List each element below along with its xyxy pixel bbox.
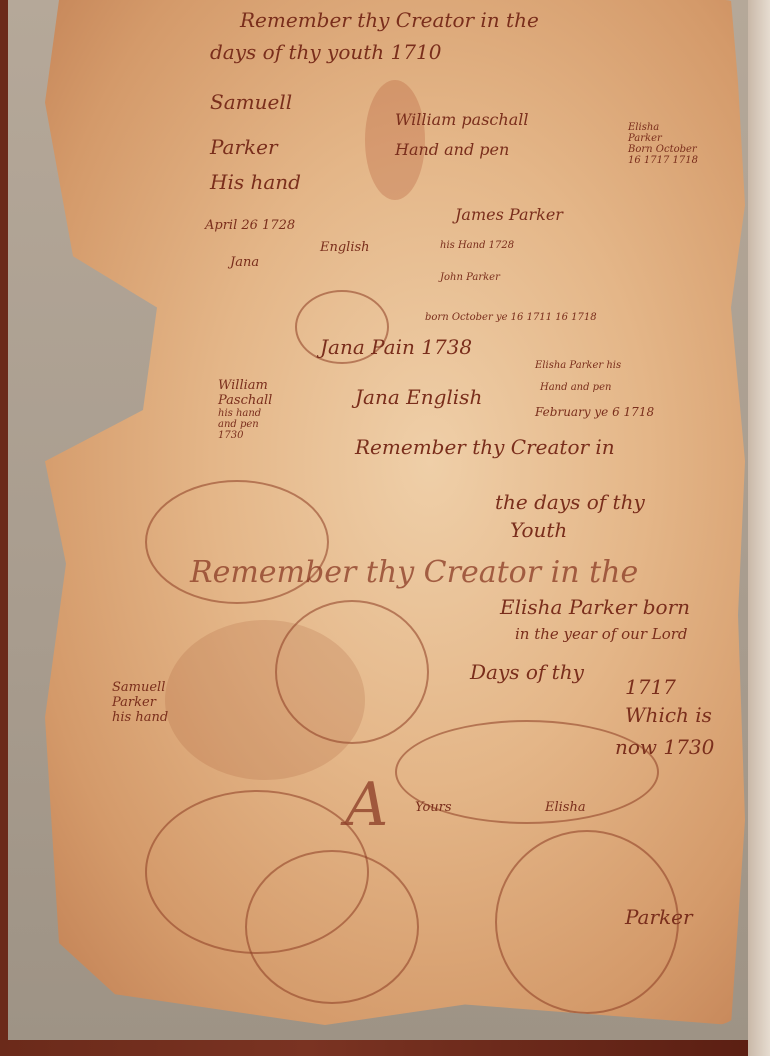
jana-left: Jana (230, 255, 259, 270)
year-of-lord: in the year of our Lord (515, 625, 688, 643)
flourish (275, 600, 429, 744)
his-hand-1728: his Hand 1728 (440, 240, 514, 251)
jana-english: Jana English (355, 385, 482, 409)
inscription-top-2: days of thy youth 1710 (210, 40, 441, 64)
william-block-line: and pen (218, 419, 272, 430)
inscription-top: Remember thy Creator in the (240, 8, 539, 32)
hand-and-pen: Hand and pen (395, 140, 509, 159)
william-block-line: William (218, 378, 272, 393)
signature-samuell: Samuell (210, 90, 292, 114)
flourish (245, 850, 419, 1004)
days-line: the days of thy (495, 490, 645, 514)
samuel-block-line: his hand (112, 710, 168, 725)
elisha-col-line: Born October (628, 144, 698, 155)
elisha-col-line: 16 1717 1718 (628, 155, 698, 166)
signature-parker: Parker (210, 135, 278, 159)
samuel-block-line: Samuell (112, 680, 168, 695)
his-hand: His hand (210, 170, 301, 194)
parker-bottom: Parker (625, 905, 693, 929)
elisha-column: Elisha Parker Born October 16 1717 1718 (628, 122, 698, 166)
february-date: February ye 6 1718 (535, 405, 654, 419)
remember-big: Remember thy Creator in the (190, 555, 638, 590)
born-october: born October ye 16 1711 16 1718 (425, 312, 597, 323)
english: English (320, 240, 370, 255)
now-1730: now 1730 (615, 735, 714, 759)
remember-line: Remember thy Creator in (355, 435, 615, 459)
hand-and-pen-2: Hand and pen (540, 382, 611, 393)
william-block-line: Paschall (218, 393, 272, 408)
monogram-a: A (345, 770, 388, 840)
william-block-line: his hand (218, 408, 272, 419)
elisha-col-line: Parker (628, 133, 698, 144)
samuel-block-line: Parker (112, 695, 168, 710)
year-1717: 1717 (625, 675, 676, 699)
elisha-his-hand: Elisha Parker his (535, 360, 621, 371)
signature-james-parker: James Parker (455, 205, 563, 224)
elisha-col-line: Elisha (628, 122, 698, 133)
samuel-block: Samuell Parker his hand (112, 680, 168, 725)
days-of-thy: Days of thy (470, 660, 584, 684)
page-edge (748, 0, 770, 1056)
william-block-line: 1730 (218, 430, 272, 441)
youth-line: Youth (510, 518, 567, 542)
jana-pain: Jana Pain 1738 (320, 335, 472, 359)
john-parker: John Parker (440, 272, 500, 283)
april-date: April 26 1728 (205, 218, 295, 233)
elisha-born: Elisha Parker born (500, 595, 690, 619)
yours: Yours (415, 800, 452, 815)
which-is: Which is (625, 703, 712, 727)
elisha-bottom: Elisha (545, 800, 586, 815)
william-block: William Paschall his hand and pen 1730 (218, 378, 272, 441)
signature-william-paschall: William paschall (395, 110, 528, 129)
